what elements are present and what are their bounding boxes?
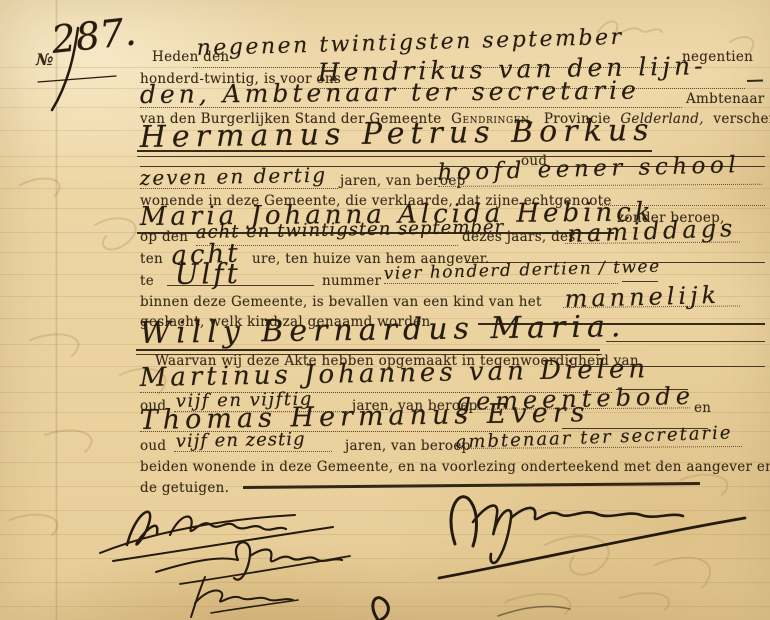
birth-certificate-scan: № 287. Heden den negenen twintigsten sep… [0,0,770,620]
act-number-paraph [28,18,128,118]
signature-evers [183,573,308,619]
signature-partial-bottom [348,590,578,620]
signature-van-den-lijnden [425,480,760,592]
